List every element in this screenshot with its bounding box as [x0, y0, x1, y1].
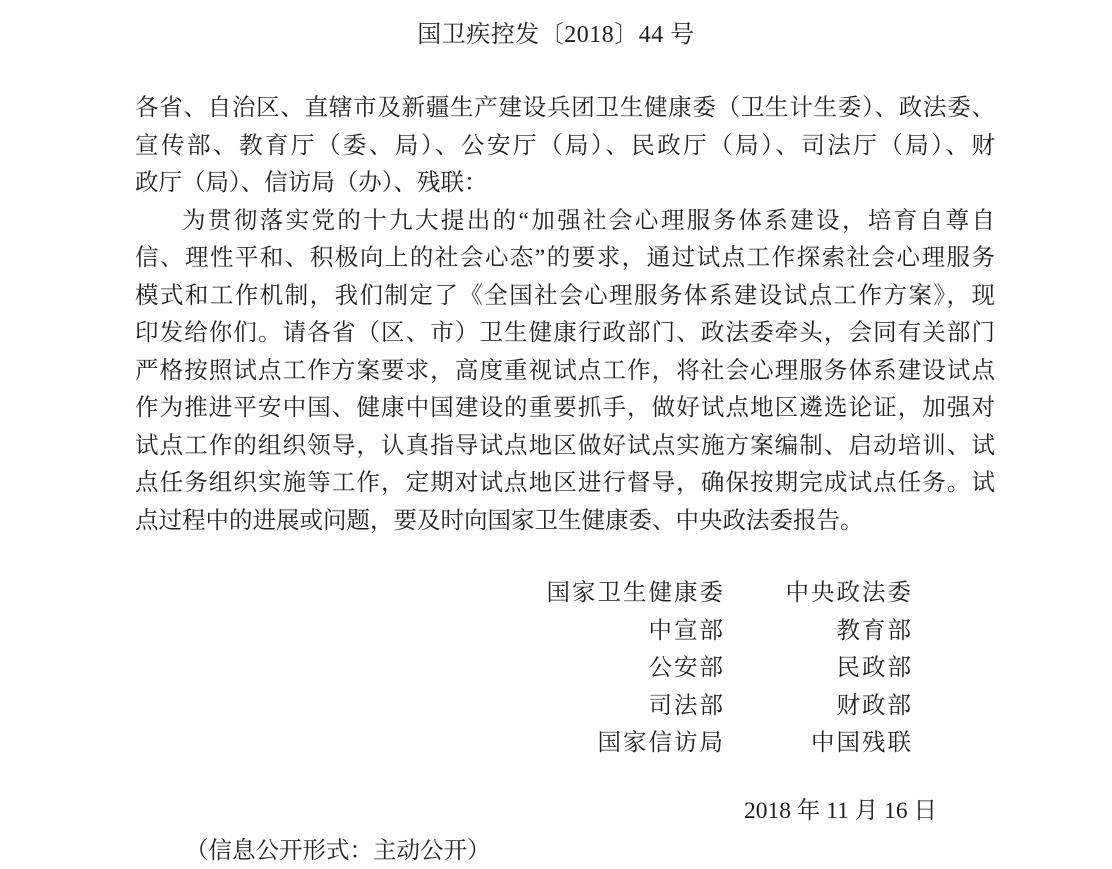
recipients-line: 宣传部、教育厅（委、局）、公安厅（局）、民政厅（局）、司法厅（局）、财 — [135, 128, 995, 166]
body-line: 为贯彻落实党的十九大提出的“加强社会心理服务体系建设，培育自尊自 — [135, 203, 995, 241]
signatory-row: 国家信访局 中国残联 — [135, 725, 995, 763]
signatory-left: 司法部 — [135, 688, 725, 726]
signatory-row: 司法部 财政部 — [135, 688, 995, 726]
document-page: 国卫疾控发〔2018〕44 号 各省、自治区、直辖市及新疆生产建设兵团卫生健康委… — [0, 0, 1112, 869]
doc-number: 国卫疾控发〔2018〕44 号 — [0, 20, 1112, 50]
signatory-row: 中宣部 教育部 — [135, 613, 995, 651]
signatory-right: 中国残联 — [725, 725, 913, 763]
body-line: 信、理性平和、积极向上的社会心态”的要求，通过试点工作探索社会心理服务 — [135, 240, 995, 278]
body-line: 试点工作的组织领导，认真指导试点地区做好试点实施方案编制、启动培训、试 — [135, 428, 995, 466]
date-line: 2018 年 11 月 16 日 — [135, 793, 995, 831]
signatory-right: 民政部 — [725, 650, 913, 688]
body-line: 点任务组织实施等工作，定期对试点地区进行督导，确保按期完成试点任务。试 — [135, 465, 995, 503]
body-line: 点过程中的进展或问题，要及时向国家卫生健康委、中央政法委报告。 — [135, 503, 995, 541]
body-line: 印发给你们。请各省（区、市）卫生健康行政部门、政法委牵头，会同有关部门 — [135, 315, 995, 353]
signatory-row: 公安部 民政部 — [135, 650, 995, 688]
signatory-left: 国家卫生健康委 — [135, 575, 725, 613]
recipients-block: 各省、自治区、直辖市及新疆生产建设兵团卫生健康委（卫生计生委）、政法委、 宣传部… — [135, 90, 995, 203]
signature-block: 国家卫生健康委 中央政法委 中宣部 教育部 公安部 民政部 司法部 财政部 国家… — [135, 575, 995, 763]
signatory-right: 财政部 — [725, 688, 913, 726]
signatory-left: 公安部 — [135, 650, 725, 688]
disclosure-note: （信息公开形式：主动公开） — [135, 833, 995, 869]
recipients-line: 政厅（局）、信访局（办）、残联： — [135, 165, 995, 203]
signatory-left: 国家信访局 — [135, 725, 725, 763]
signatory-left: 中宣部 — [135, 613, 725, 651]
body-line: 模式和工作机制，我们制定了《全国社会心理服务体系建设试点工作方案》，现 — [135, 278, 995, 316]
signatory-right: 教育部 — [725, 613, 913, 651]
signatory-right: 中央政法委 — [725, 575, 913, 613]
signatory-row: 国家卫生健康委 中央政法委 — [135, 575, 995, 613]
recipients-line: 各省、自治区、直辖市及新疆生产建设兵团卫生健康委（卫生计生委）、政法委、 — [135, 90, 995, 128]
body-line: 作为推进平安中国、健康中国建设的重要抓手，做好试点地区遴选论证，加强对 — [135, 390, 995, 428]
body-paragraph: 为贯彻落实党的十九大提出的“加强社会心理服务体系建设，培育自尊自 信、理性平和、… — [135, 203, 995, 541]
body-line: 严格按照试点工作方案要求，高度重视试点工作，将社会心理服务体系建设试点 — [135, 353, 995, 391]
